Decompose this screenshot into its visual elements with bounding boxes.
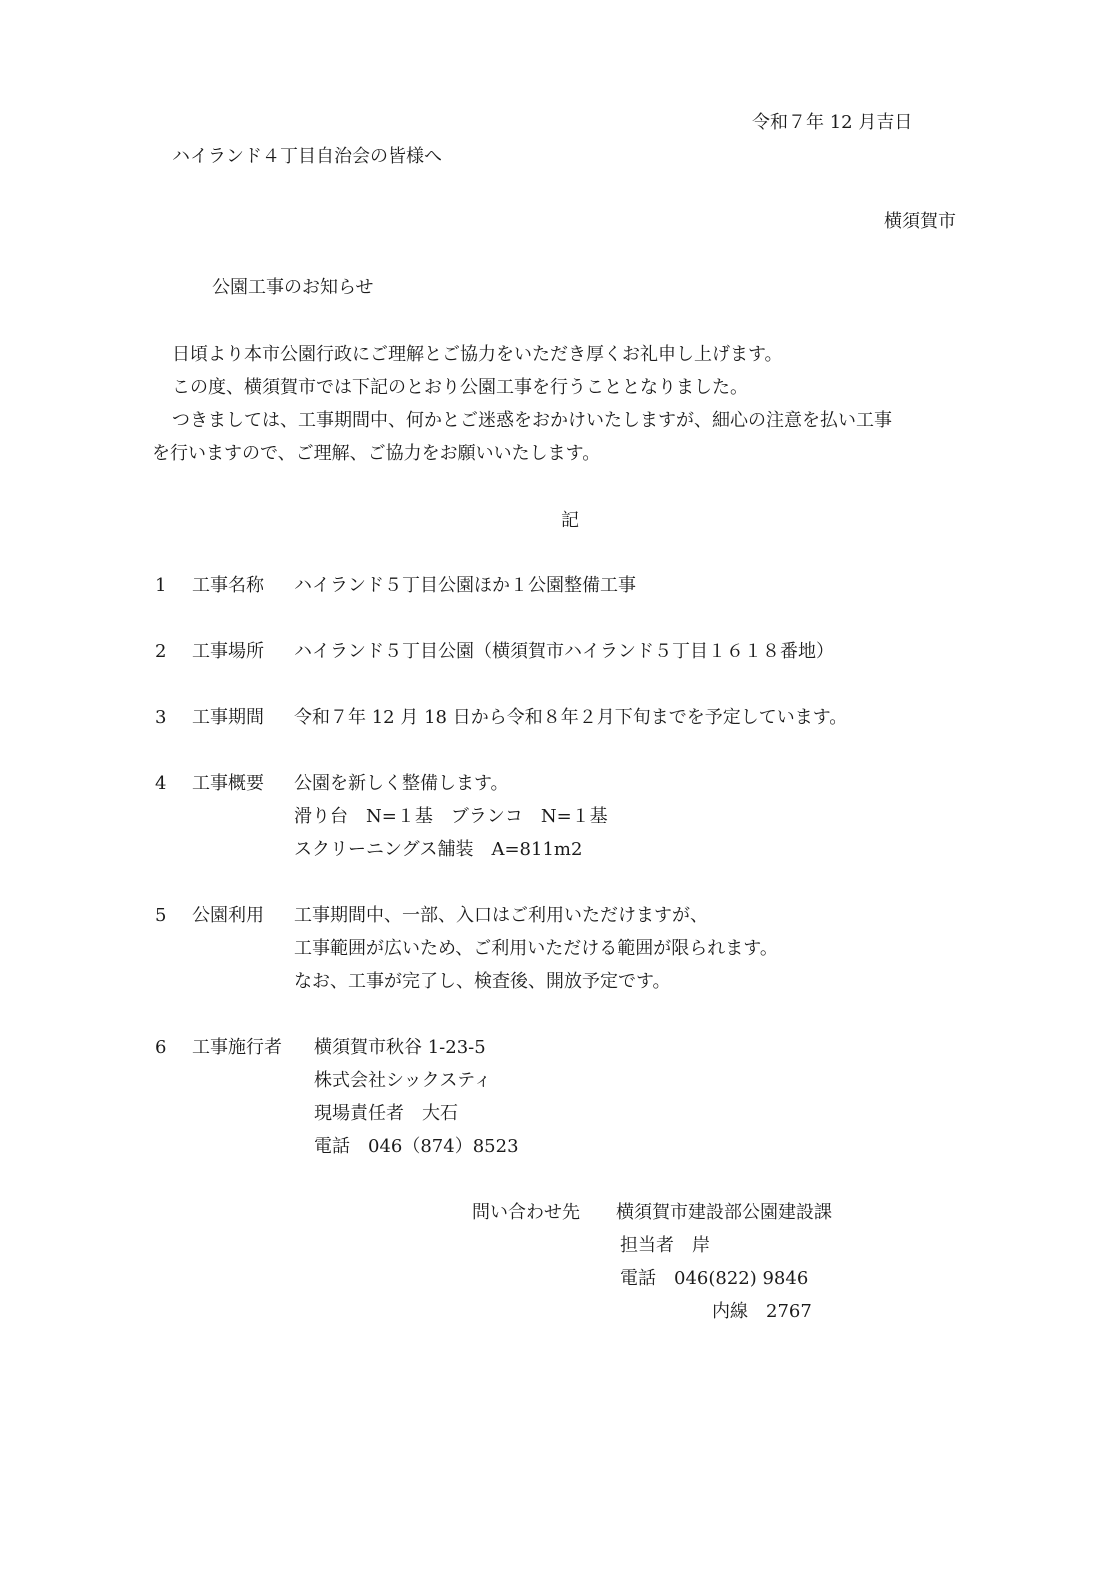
item-label: 工事名称 <box>192 577 264 595</box>
body-line: 日頃より本市公園行政にご理解とご協力をいただき厚くお礼申し上げます。 <box>172 346 783 364</box>
item-value: 株式会社シックスティ <box>314 1072 492 1090</box>
item-value: 横須賀市秋谷 1-23-5 <box>314 1039 486 1057</box>
body-line: つきましては、工事期間中、何かとご迷惑をおかけいたしますが、細心の注意を払い工事 <box>172 412 892 430</box>
item-value: ハイランド５丁目公園（横須賀市ハイランド５丁目１６１８番地） <box>294 643 834 661</box>
item-value: ハイランド５丁目公園ほか１公園整備工事 <box>294 577 636 595</box>
item-label: 工事期間 <box>192 709 264 727</box>
item-label: 工事場所 <box>192 643 264 661</box>
item-label: 工事概要 <box>192 775 264 793</box>
item-value: 工事範囲が広いため、ご利用いただける範囲が限られます。 <box>294 940 778 958</box>
contact-person: 担当者 岸 <box>620 1237 710 1255</box>
item-number: 6 <box>155 1039 175 1057</box>
item-value: 滑り台 N=１基 ブランコ N=１基 <box>294 808 608 826</box>
item-number: 2 <box>155 643 175 661</box>
document-date: 令和７年 12 月吉日 <box>752 114 912 132</box>
item-label: 公園利用 <box>192 907 264 925</box>
item-value: なお、工事が完了し、検査後、開放予定です。 <box>294 973 671 991</box>
contact-department: 横須賀市建設部公園建設課 <box>616 1204 832 1222</box>
item-number: 3 <box>155 709 175 727</box>
item-number: 4 <box>155 775 175 793</box>
item-number: 5 <box>155 907 175 925</box>
contact-extension: 内線 2767 <box>712 1303 812 1321</box>
recipient: ハイランド４丁目自治会の皆様へ <box>172 148 442 166</box>
sender: 横須賀市 <box>884 213 956 231</box>
body-line: を行いますので、ご理解、ご協力をお願いいたします。 <box>152 445 600 463</box>
item-number: 1 <box>155 577 175 595</box>
item-value: 令和７年 12 月 18 日から令和８年２月下旬までを予定しています。 <box>294 709 847 727</box>
ki-heading: 記 <box>561 512 579 530</box>
item-label: 工事施行者 <box>192 1039 282 1057</box>
item-value: 公園を新しく整備します。 <box>294 775 509 793</box>
contact-phone: 電話 046(822) 9846 <box>620 1270 808 1288</box>
item-value: スクリーニングス舗装 A=811m2 <box>294 841 582 859</box>
item-value: 工事期間中、一部、入口はご利用いただけますが、 <box>294 907 708 925</box>
document-title: 公園工事のお知らせ <box>212 279 373 297</box>
body-line: この度、横須賀市では下記のとおり公園工事を行うこととなりました。 <box>172 379 748 397</box>
contact-label: 問い合わせ先 <box>472 1204 580 1222</box>
item-value: 電話 046（874）8523 <box>314 1138 519 1156</box>
notice-document: 令和７年 12 月吉日 ハイランド４丁目自治会の皆様へ 横須賀市 公園工事のお知… <box>0 0 1096 1569</box>
item-value: 現場責任者 大石 <box>314 1105 458 1123</box>
